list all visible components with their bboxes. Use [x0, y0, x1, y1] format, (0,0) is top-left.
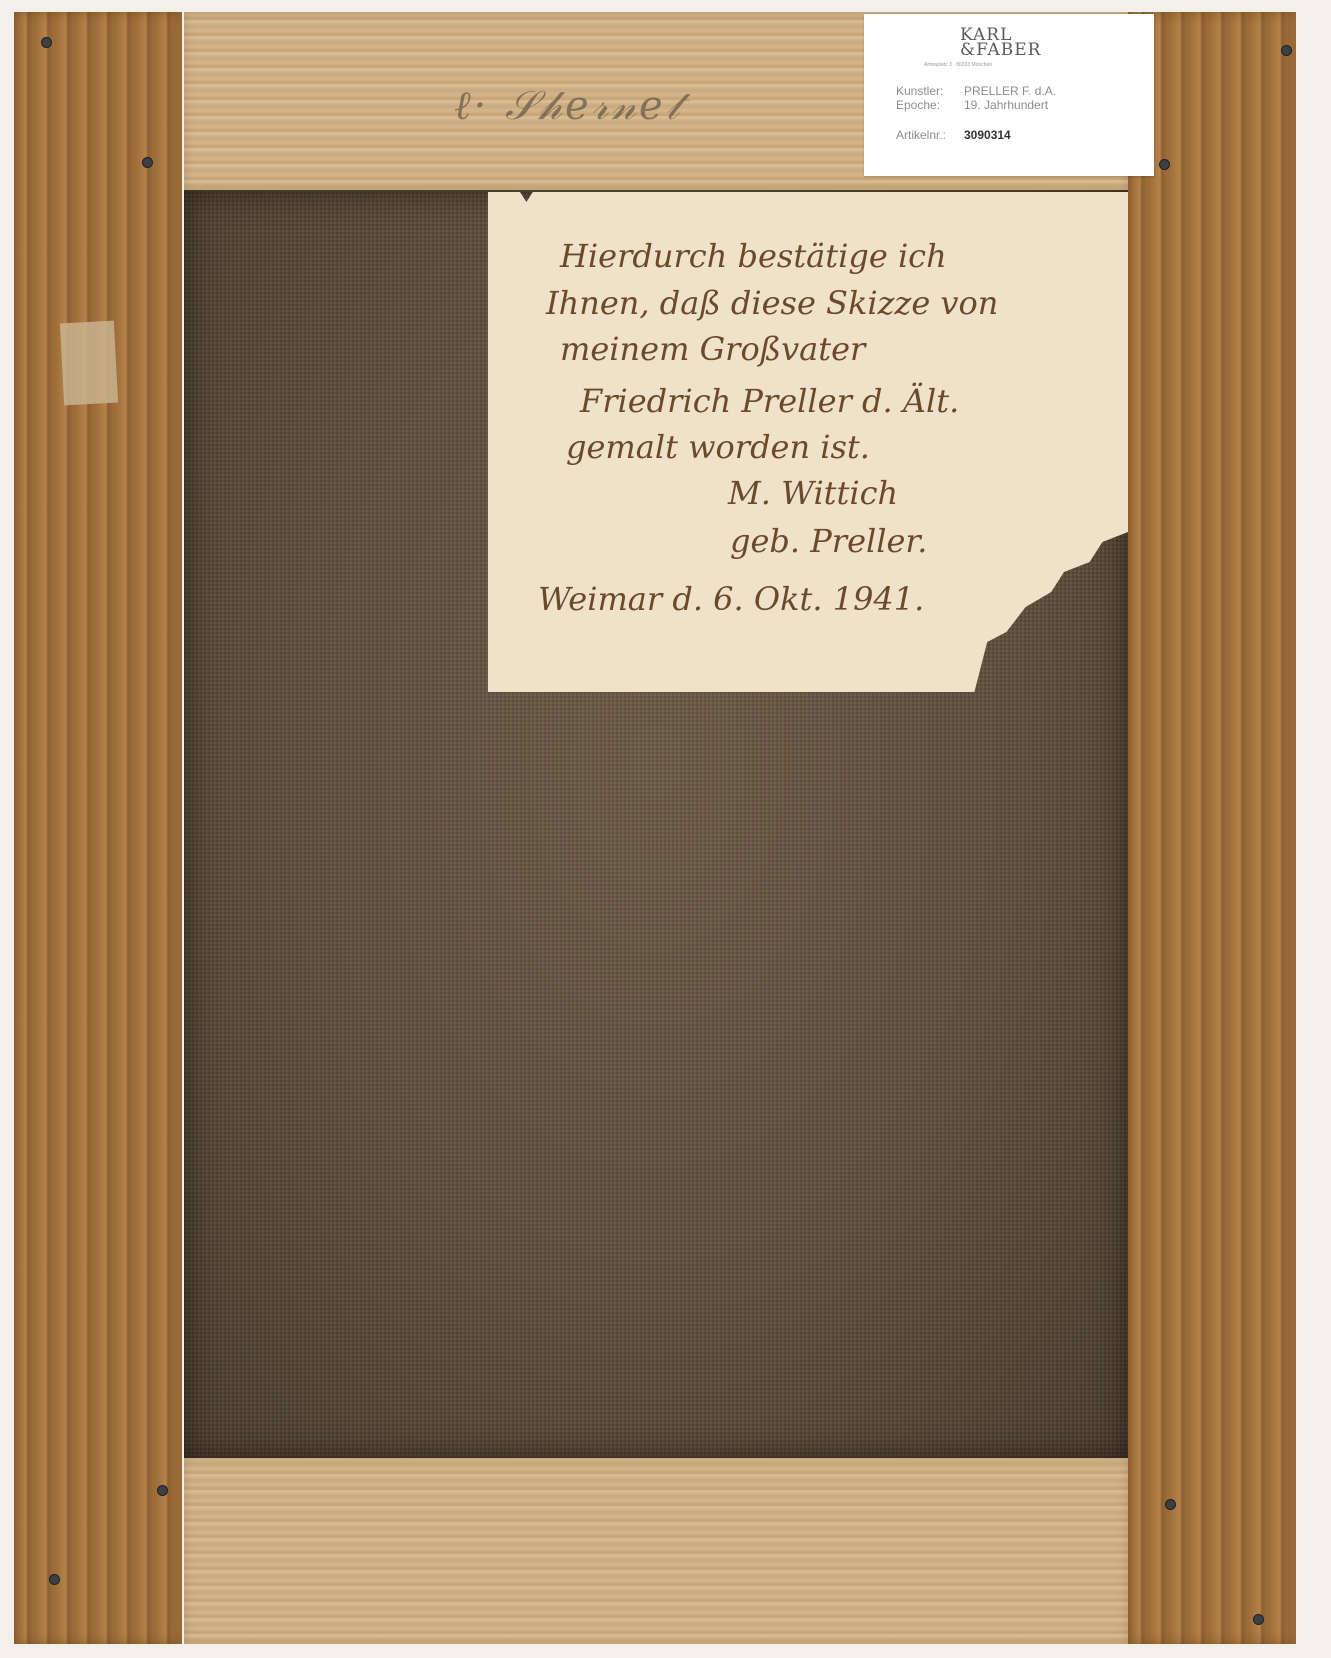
note-line: gemalt worden ist. [566, 428, 870, 466]
label-artist-key: Kunstler: [896, 84, 943, 98]
note-signature: M. Wittich [728, 474, 898, 512]
nail-icon [1282, 46, 1291, 55]
label-article-value: 3090314 [964, 128, 1011, 142]
rail-pencil-inscription: ℓ· 𝒮𝒽𝑒𝓇𝓃𝑒𝓉 [454, 82, 682, 129]
label-epoch-key: Epoche: [896, 98, 940, 112]
note-signature: geb. Preller. [730, 522, 927, 560]
note-line: Ihnen, daß diese Skizze von [546, 284, 998, 322]
note-line: Hierdurch bestätige ich [560, 237, 947, 275]
label-artist-value: PRELLER F. d.A. [964, 84, 1056, 98]
nail-icon [1254, 1615, 1263, 1624]
label-address: Amiraplatz 3 · 80333 München [924, 62, 992, 68]
nail-icon [1160, 160, 1169, 169]
nail-icon [1166, 1500, 1175, 1509]
note-line: meinem Großvater [560, 330, 865, 368]
bottom-stretcher-rail [184, 1458, 1128, 1644]
note-line: Friedrich Preller d. Ält. [580, 382, 959, 420]
label-article-key: Artikelnr.: [896, 128, 946, 142]
note-date: Weimar d. 6. Okt. 1941. [538, 580, 924, 618]
label-epoch-value: 19. Jahrhundert [964, 98, 1048, 112]
nail-icon [158, 1486, 167, 1495]
nail-icon [42, 38, 51, 47]
nail-icon [50, 1575, 59, 1584]
auction-house-label: KARL &FABER Amiraplatz 3 · 80333 München… [864, 14, 1154, 176]
karl-faber-logo: KARL &FABER [960, 28, 1041, 58]
right-stretcher-bar [1128, 12, 1296, 1644]
nail-icon [143, 158, 152, 167]
tape-remnant [60, 321, 118, 406]
left-stretcher-bar [14, 12, 182, 1644]
